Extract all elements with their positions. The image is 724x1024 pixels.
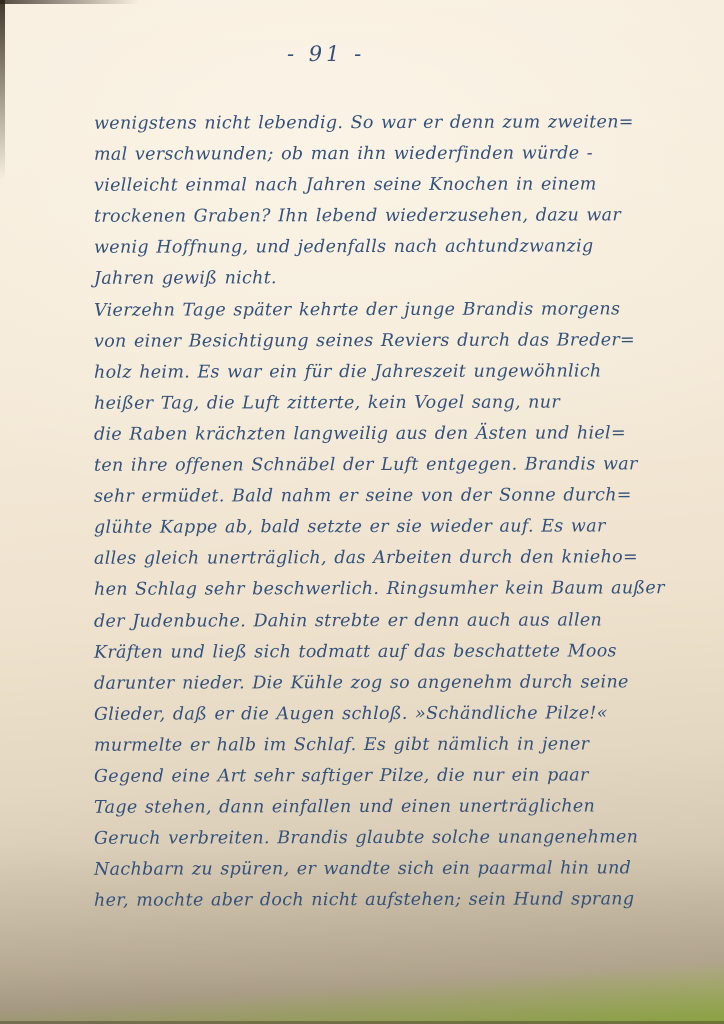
manuscript-line: wenig Hoffnung, und jedenfalls nach acht… bbox=[94, 232, 660, 265]
manuscript-line: hen Schlag sehr beschwerlich. Ringsumher… bbox=[94, 574, 660, 607]
manuscript-line: Kräften und ließ sich todmatt auf das be… bbox=[94, 636, 660, 669]
manuscript-text: wenigstens nicht lebendig. So war er den… bbox=[94, 108, 660, 916]
manuscript-line: trockenen Graben? Ihn lebend wiederzuseh… bbox=[94, 201, 660, 234]
manuscript-photo: - 91 - wenigstens nicht lebendig. So war… bbox=[0, 0, 724, 1024]
manuscript-line: heißer Tag, die Luft zitterte, kein Voge… bbox=[94, 387, 660, 420]
manuscript-line: Nachbarn zu spüren, er wandte sich ein p… bbox=[94, 854, 660, 887]
manuscript-line: Vierzehn Tage später kehrte der junge Br… bbox=[94, 294, 660, 327]
manuscript-line: wenigstens nicht lebendig. So war er den… bbox=[94, 107, 660, 140]
photo-edge-top bbox=[0, 0, 140, 4]
manuscript-line: die Raben krächzten langweilig aus den Ä… bbox=[94, 418, 660, 451]
manuscript-line: von einer Besichtigung seines Reviers du… bbox=[94, 325, 660, 358]
manuscript-line: sehr ermüdet. Bald nahm er seine von der… bbox=[94, 480, 660, 513]
manuscript-line: Tage stehen, dann einfallen und einen un… bbox=[94, 791, 660, 824]
manuscript-line: Gegend eine Art sehr saftiger Pilze, die… bbox=[94, 760, 660, 793]
manuscript-line: Glieder, daß er die Augen schloß. »Schän… bbox=[94, 698, 660, 731]
manuscript-line: ten ihre offenen Schnäbel der Luft entge… bbox=[94, 449, 660, 482]
manuscript-line: her, mochte aber doch nicht aufstehen; s… bbox=[94, 885, 660, 918]
manuscript-line: Geruch verbreiten. Brandis glaubte solch… bbox=[94, 822, 660, 855]
manuscript-line: mal verschwunden; ob man ihn wiederfinde… bbox=[94, 138, 660, 171]
manuscript-line: vielleicht einmal nach Jahren seine Knoc… bbox=[94, 169, 660, 202]
manuscript-line: murmelte er halb im Schlaf. Es gibt näml… bbox=[94, 729, 660, 762]
photo-edge-left bbox=[0, 0, 5, 180]
manuscript-line: der Judenbuche. Dahin strebte er denn au… bbox=[94, 605, 660, 638]
manuscript-line: alles gleich unerträglich, das Arbeiten … bbox=[94, 543, 660, 576]
manuscript-line: Jahren gewiß nicht. bbox=[94, 263, 660, 296]
page-number: - 91 - bbox=[287, 42, 365, 66]
manuscript-line: holz heim. Es war ein für die Jahreszeit… bbox=[94, 356, 660, 389]
manuscript-line: glühte Kappe ab, bald setzte er sie wied… bbox=[94, 511, 660, 544]
manuscript-line: darunter nieder. Die Kühle zog so angene… bbox=[94, 667, 660, 700]
